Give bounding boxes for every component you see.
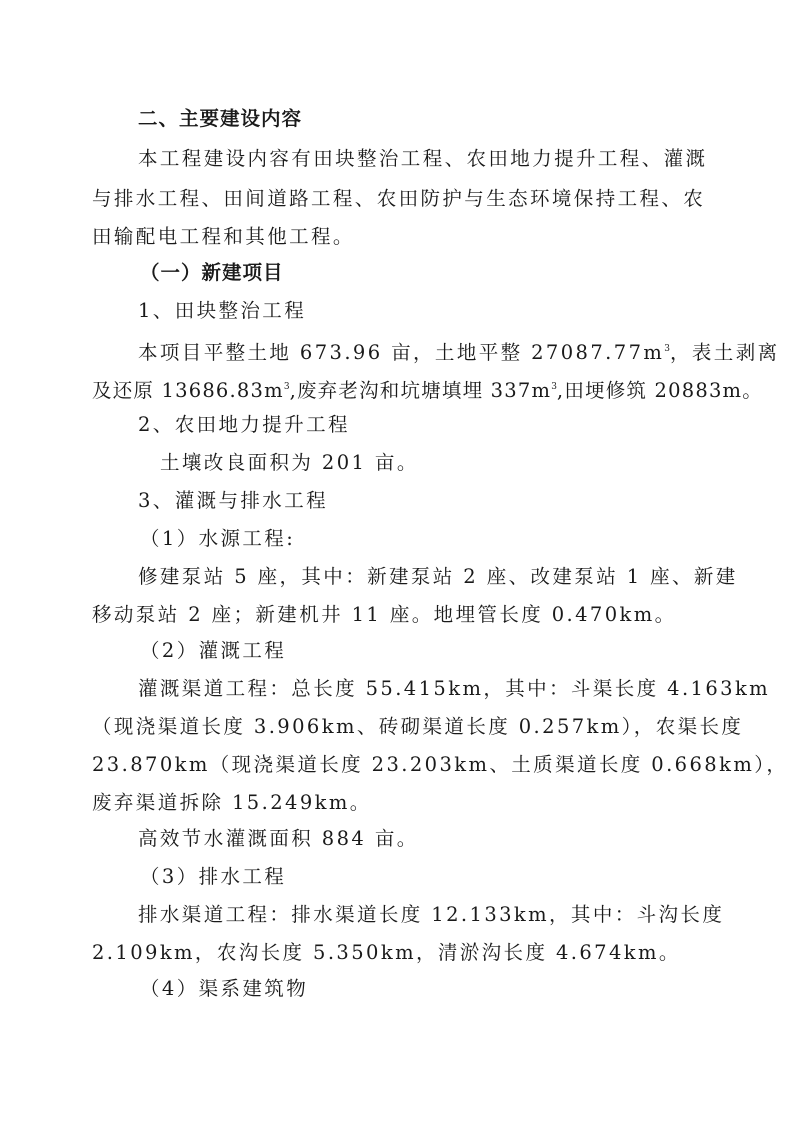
item2-title: 2、农田地力提升工程 [138,412,350,438]
intro-line-2: 与排水工程、田间道路工程、农田防护与生态环境保持工程、农 [92,186,705,212]
item1-title: 1、田块整治工程 [138,298,306,324]
drainage-title: （3）排水工程 [140,864,286,890]
item1-line-1a: 本项目平整土地 673.96 亩，土地平整 27087.77m [138,341,664,364]
subsection-heading: （一）新建项目 [140,260,284,286]
irrigation-line-3: 23.870km（现浇渠道长度 23.203km、土质渠道长度 0.668km）… [92,752,788,778]
item1-line-1b: ，表土剥离 [670,341,780,364]
irrigation-title: （2）灌溉工程 [140,638,286,664]
item1-line-2a: 及还原 13686.83m [92,379,284,402]
item1-line-1: 本项目平整土地 673.96 亩，土地平整 27087.77m3，表土剥离 [138,336,780,366]
item3-title: 3、灌溉与排水工程 [138,488,328,514]
intro-line-1: 本工程建设内容有田块整治工程、农田地力提升工程、灌溉 [138,146,707,172]
item2-text: 土壤改良面积为 201 亩。 [160,450,419,476]
section-heading: 二、主要建设内容 [138,106,302,132]
water-source-line-2: 移动泵站 2 座；新建机井 11 座。地埋管长度 0.470km。 [92,602,677,628]
item1-line-2b: ,废弃老沟和坑塘填埋 337m [290,379,552,402]
drainage-line-2: 2.109km，农沟长度 5.350km，清淤沟长度 4.674km。 [92,940,681,966]
water-source-title: （1）水源工程: [140,526,295,552]
irrigation-line-4: 废弃渠道拆除 15.249km。 [92,790,372,816]
item1-line-2c: ,田埂修筑 20883m。 [557,379,763,402]
structures-title: （4）渠系建筑物 [140,976,308,1002]
water-source-line-1: 修建泵站 5 座，其中：新建泵站 2 座、改建泵站 1 座、新建 [138,564,738,590]
intro-line-3: 田输配电工程和其他工程。 [92,224,355,250]
irrigation-line-2: （现浇渠道长度 3.906km、砖砌渠道长度 0.257km），农渠长度 [92,714,743,740]
efficient-irrigation: 高效节水灌溉面积 884 亩。 [138,826,419,852]
item1-line-2: 及还原 13686.83m3,废弃老沟和坑塘填埋 337m3,田埂修筑 2088… [92,374,763,404]
irrigation-line-1: 灌溉渠道工程：总长度 55.415km，其中：斗渠长度 4.163km [138,676,770,702]
drainage-line-1: 排水渠道工程：排水渠道长度 12.133km，其中：斗沟长度 [138,902,724,928]
